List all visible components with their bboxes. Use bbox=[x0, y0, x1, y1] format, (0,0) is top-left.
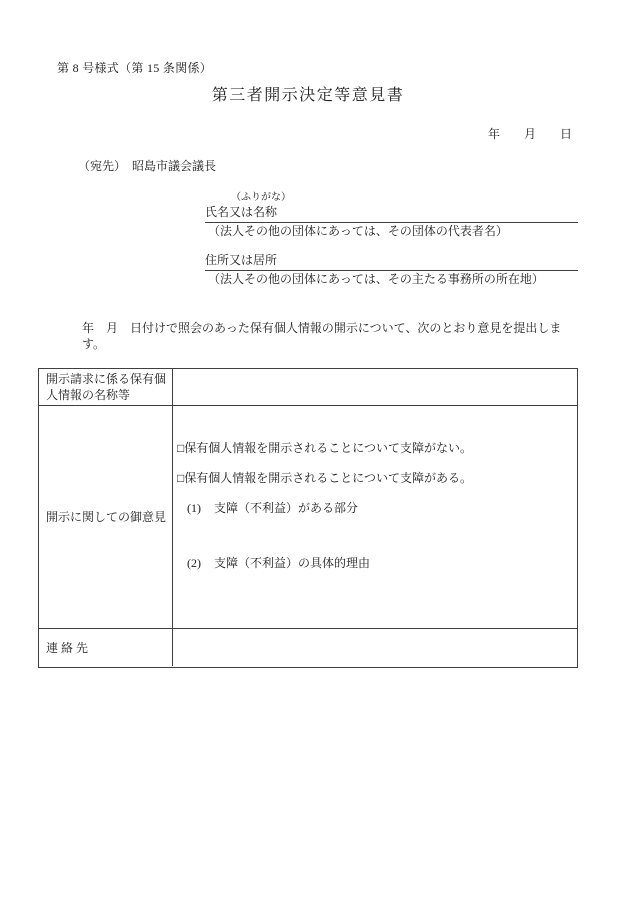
form-number: 第 8 号様式（第 15 条関係） bbox=[57, 61, 212, 76]
addressee-line: （宛先） 昭島市議会議長 bbox=[78, 159, 216, 174]
table-row-info-name: 開示請求に係る保有個人情報の名称等 bbox=[39, 369, 577, 406]
table-row-opinion: 開示に関しての御意見 □保有個人情報を開示されることについて支障がない。 □保有… bbox=[39, 406, 577, 629]
name-field-note: （法人その他の団体にあっては、その団体の代表者名） bbox=[208, 224, 508, 239]
option-no-objection: □保有個人情報を開示されることについて支障がない。 bbox=[177, 441, 472, 455]
option-objection: □保有個人情報を開示されることについて支障がある。 bbox=[177, 471, 472, 485]
item-number: (2) bbox=[187, 556, 201, 570]
contact-value-cell bbox=[173, 629, 577, 666]
opinion-table: 開示請求に係る保有個人情報の名称等 開示に関しての御意見 □保有個人情報を開示さ… bbox=[38, 368, 578, 668]
name-field-underline: 氏名又は名称 bbox=[205, 205, 578, 223]
objection-reason-label: 支障（不利益）の具体的理由 bbox=[214, 556, 370, 570]
opinion-label-cell: 開示に関しての御意見 bbox=[39, 406, 173, 628]
info-name-value-cell bbox=[173, 369, 577, 405]
opinion-value-cell: □保有個人情報を開示されることについて支障がない。 □保有個人情報を開示されるこ… bbox=[173, 406, 577, 628]
option-objection-label: 保有個人情報を開示されることについて支障がある。 bbox=[184, 471, 472, 485]
info-name-label-cell: 開示請求に係る保有個人情報の名称等 bbox=[39, 369, 173, 405]
address-field-note: （法人その他の団体にあっては、その主たる事務所の所在地） bbox=[208, 272, 544, 287]
table-row-contact: 連 絡 先 bbox=[39, 629, 577, 666]
item-number: (1) bbox=[187, 501, 201, 515]
objection-part-label: 支障（不利益）がある部分 bbox=[214, 501, 358, 515]
body-paragraph: 年 月 日付けで照会のあった保有個人情報の開示について、次のとおり意見を提出しま… bbox=[82, 320, 579, 352]
address-field-underline: 住所又は居所 bbox=[205, 253, 578, 271]
option-no-objection-label: 保有個人情報を開示されることについて支障がない。 bbox=[184, 441, 472, 455]
document-page: 第 8 号様式（第 15 条関係） 第三者開示決定等意見書 年 月 日 （宛先）… bbox=[0, 0, 630, 903]
date-blank-line: 年 月 日 bbox=[300, 127, 572, 142]
furigana-label: （ふりがな） bbox=[231, 191, 291, 204]
objection-part-item: (1)支障（不利益）がある部分 bbox=[187, 501, 358, 515]
objection-reason-item: (2)支障（不利益）の具体的理由 bbox=[187, 556, 370, 570]
contact-label-cell: 連 絡 先 bbox=[39, 629, 173, 666]
page-title: 第三者開示決定等意見書 bbox=[38, 86, 578, 106]
name-field-label: 氏名又は名称 bbox=[205, 205, 277, 219]
address-field-label: 住所又は居所 bbox=[205, 253, 277, 267]
